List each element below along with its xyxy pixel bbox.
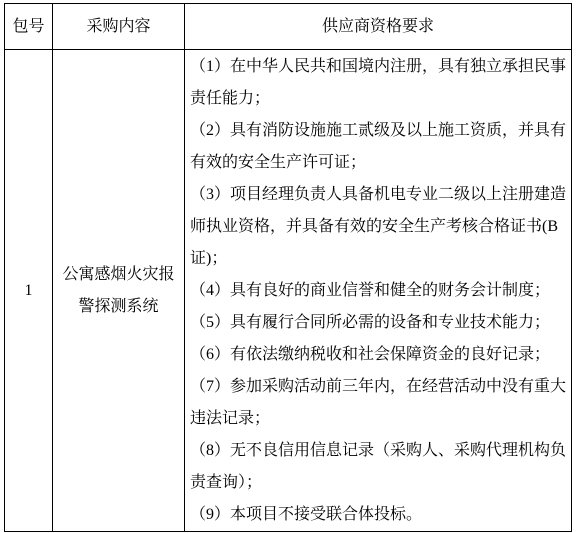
- requirement-item-7: （7）参加采购活动前三年内，在经营活动中没有重大违法记录；: [190, 371, 566, 435]
- cell-procurement-content: 公寓感烟火灾报警探测系统: [53, 50, 185, 532]
- requirement-item-6: （6）有依法缴纳税收和社会保障资金的良好记录；: [190, 339, 566, 371]
- cell-requirements: （1）在中华人民共和国境内注册，具有独立承担民事责任能力； （2）具有消防设施施…: [185, 50, 572, 532]
- requirement-item-9: （9）本项目不接受联合体投标。: [190, 499, 566, 531]
- requirement-item-5: （5）具有履行合同所必需的设备和专业技术能力；: [190, 307, 566, 339]
- requirement-item-1: （1）在中华人民共和国境内注册，具有独立承担民事责任能力；: [190, 51, 566, 115]
- table-data-row: 1 公寓感烟火灾报警探测系统 （1）在中华人民共和国境内注册，具有独立承担民事责…: [5, 50, 572, 532]
- requirement-item-4: （4）具有良好的商业信誉和健全的财务会计制度；: [190, 275, 566, 307]
- table-header-row: 包号 采购内容 供应商资格要求: [5, 4, 572, 50]
- requirement-item-3: （3）项目经理负责人具备机电专业二级以上注册建造师执业资格，并具备有效的安全生产…: [190, 179, 566, 275]
- requirement-item-2: （2）具有消防设施施工贰级及以上施工资质，并具有有效的安全生产许可证；: [190, 115, 566, 179]
- header-procurement-content: 采购内容: [53, 4, 185, 50]
- header-package-no: 包号: [5, 4, 53, 50]
- requirement-item-8: （8）无不良信用信息记录（采购人、采购代理机构负责查询）；: [190, 435, 566, 499]
- supplier-qualification-table: 包号 采购内容 供应商资格要求 1 公寓感烟火灾报警探测系统 （1）在中华人民共…: [4, 3, 572, 532]
- header-supplier-qualifications: 供应商资格要求: [185, 4, 572, 50]
- cell-package-no: 1: [5, 50, 53, 532]
